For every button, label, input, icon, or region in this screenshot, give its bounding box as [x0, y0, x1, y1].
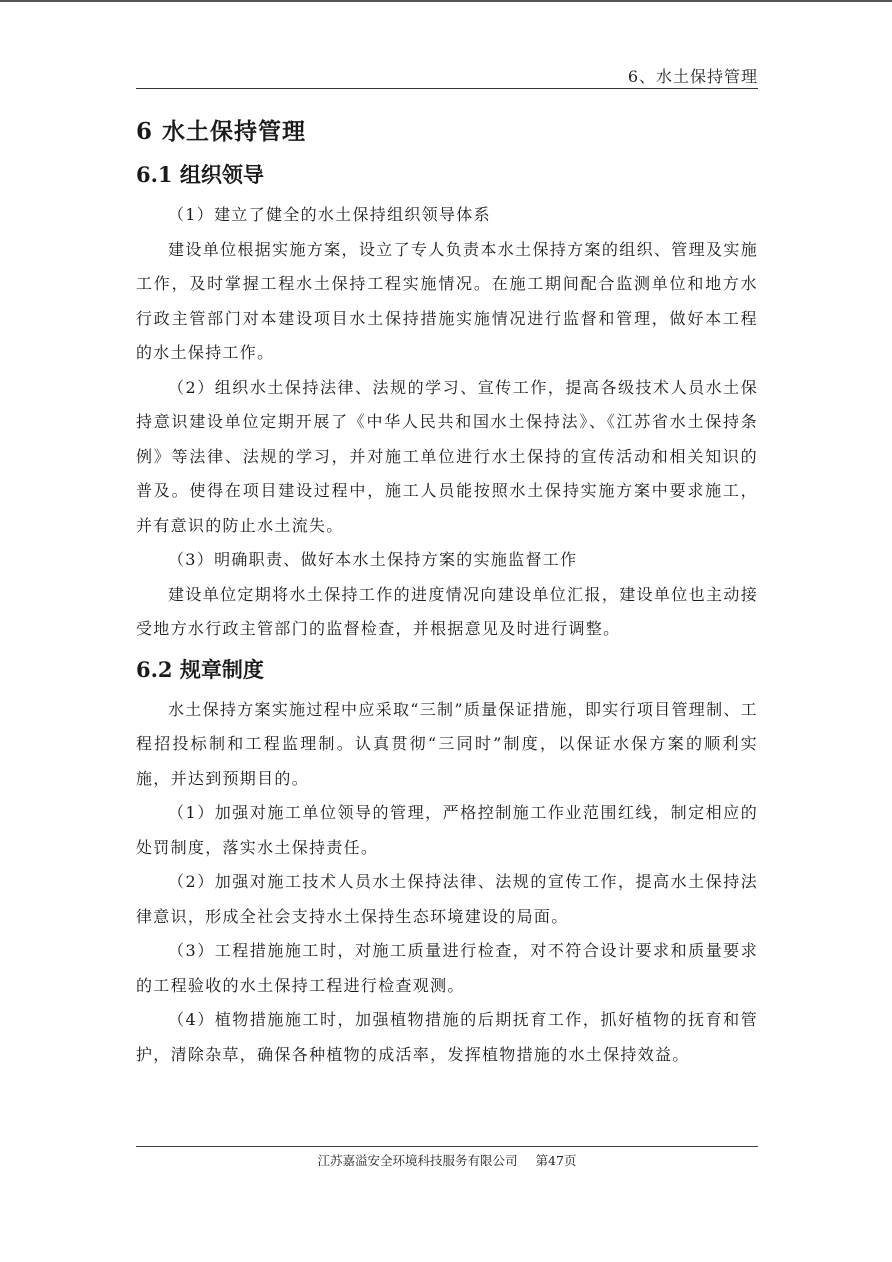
- chapter-title: 6 水土保持管理: [136, 112, 758, 152]
- page-number: 第47页: [536, 1153, 577, 1168]
- page-footer: 江苏嘉溢安全环境科技服务有限公司第47页: [136, 1151, 758, 1169]
- section-organization-leadership: 6.1 组织领导 （1）建立了健全的水土保持组织领导体系 建设单位根据实施方案，…: [136, 158, 758, 647]
- list-item-1: （1）加强对施工单位领导的管理，严格控制施工作业范围红线，制定相应的处罚制度，落…: [136, 796, 758, 865]
- section-heading: 6.2 规章制度: [136, 653, 758, 687]
- subheading-item-1: （1）建立了健全的水土保持组织领导体系: [136, 198, 758, 233]
- running-header: 6、水土保持管理: [136, 64, 758, 87]
- list-item-4: （4）植物措施施工时，加强植物措施的后期抚育工作，抓好植物的抚育和管护，清除杂草…: [136, 1003, 758, 1072]
- header-divider: [136, 88, 758, 89]
- body-paragraph: 建设单位定期将水土保持工作的进度情况向建设单位汇报，建设单位也主动接受地方水行政…: [136, 578, 758, 647]
- subheading-item-3: （3）明确职责、做好本水土保持方案的实施监督工作: [136, 543, 758, 578]
- subheading-item-2: （2）组织水土保持法律、法规的学习、宣传工作，提高各级技术人员水土保持意识建设单…: [136, 371, 758, 544]
- section-rules-regulations: 6.2 规章制度 水土保持方案实施过程中应采取“三制”质量保证措施，即实行项目管…: [136, 653, 758, 1073]
- list-item-3: （3）工程措施施工时，对施工质量进行检查，对不符合设计要求和质量要求的工程验收的…: [136, 934, 758, 1003]
- footer-company: 江苏嘉溢安全环境科技服务有限公司: [318, 1153, 518, 1168]
- list-item-2: （2）加强对施工技术人员水土保持法律、法规的宣传工作，提高水土保持法律意识，形成…: [136, 865, 758, 934]
- body-paragraph: 建设单位根据实施方案，设立了专人负责本水土保持方案的组织、管理及实施工作，及时掌…: [136, 233, 758, 371]
- page-content: 6 水土保持管理 6.1 组织领导 （1）建立了健全的水土保持组织领导体系 建设…: [136, 112, 758, 1072]
- section-heading: 6.1 组织领导: [136, 158, 758, 192]
- body-paragraph: 水土保持方案实施过程中应采取“三制”质量保证措施，即实行项目管理制、工程招投标制…: [136, 693, 758, 797]
- footer-divider: [136, 1146, 758, 1147]
- page-top-edge: [0, 0, 892, 2]
